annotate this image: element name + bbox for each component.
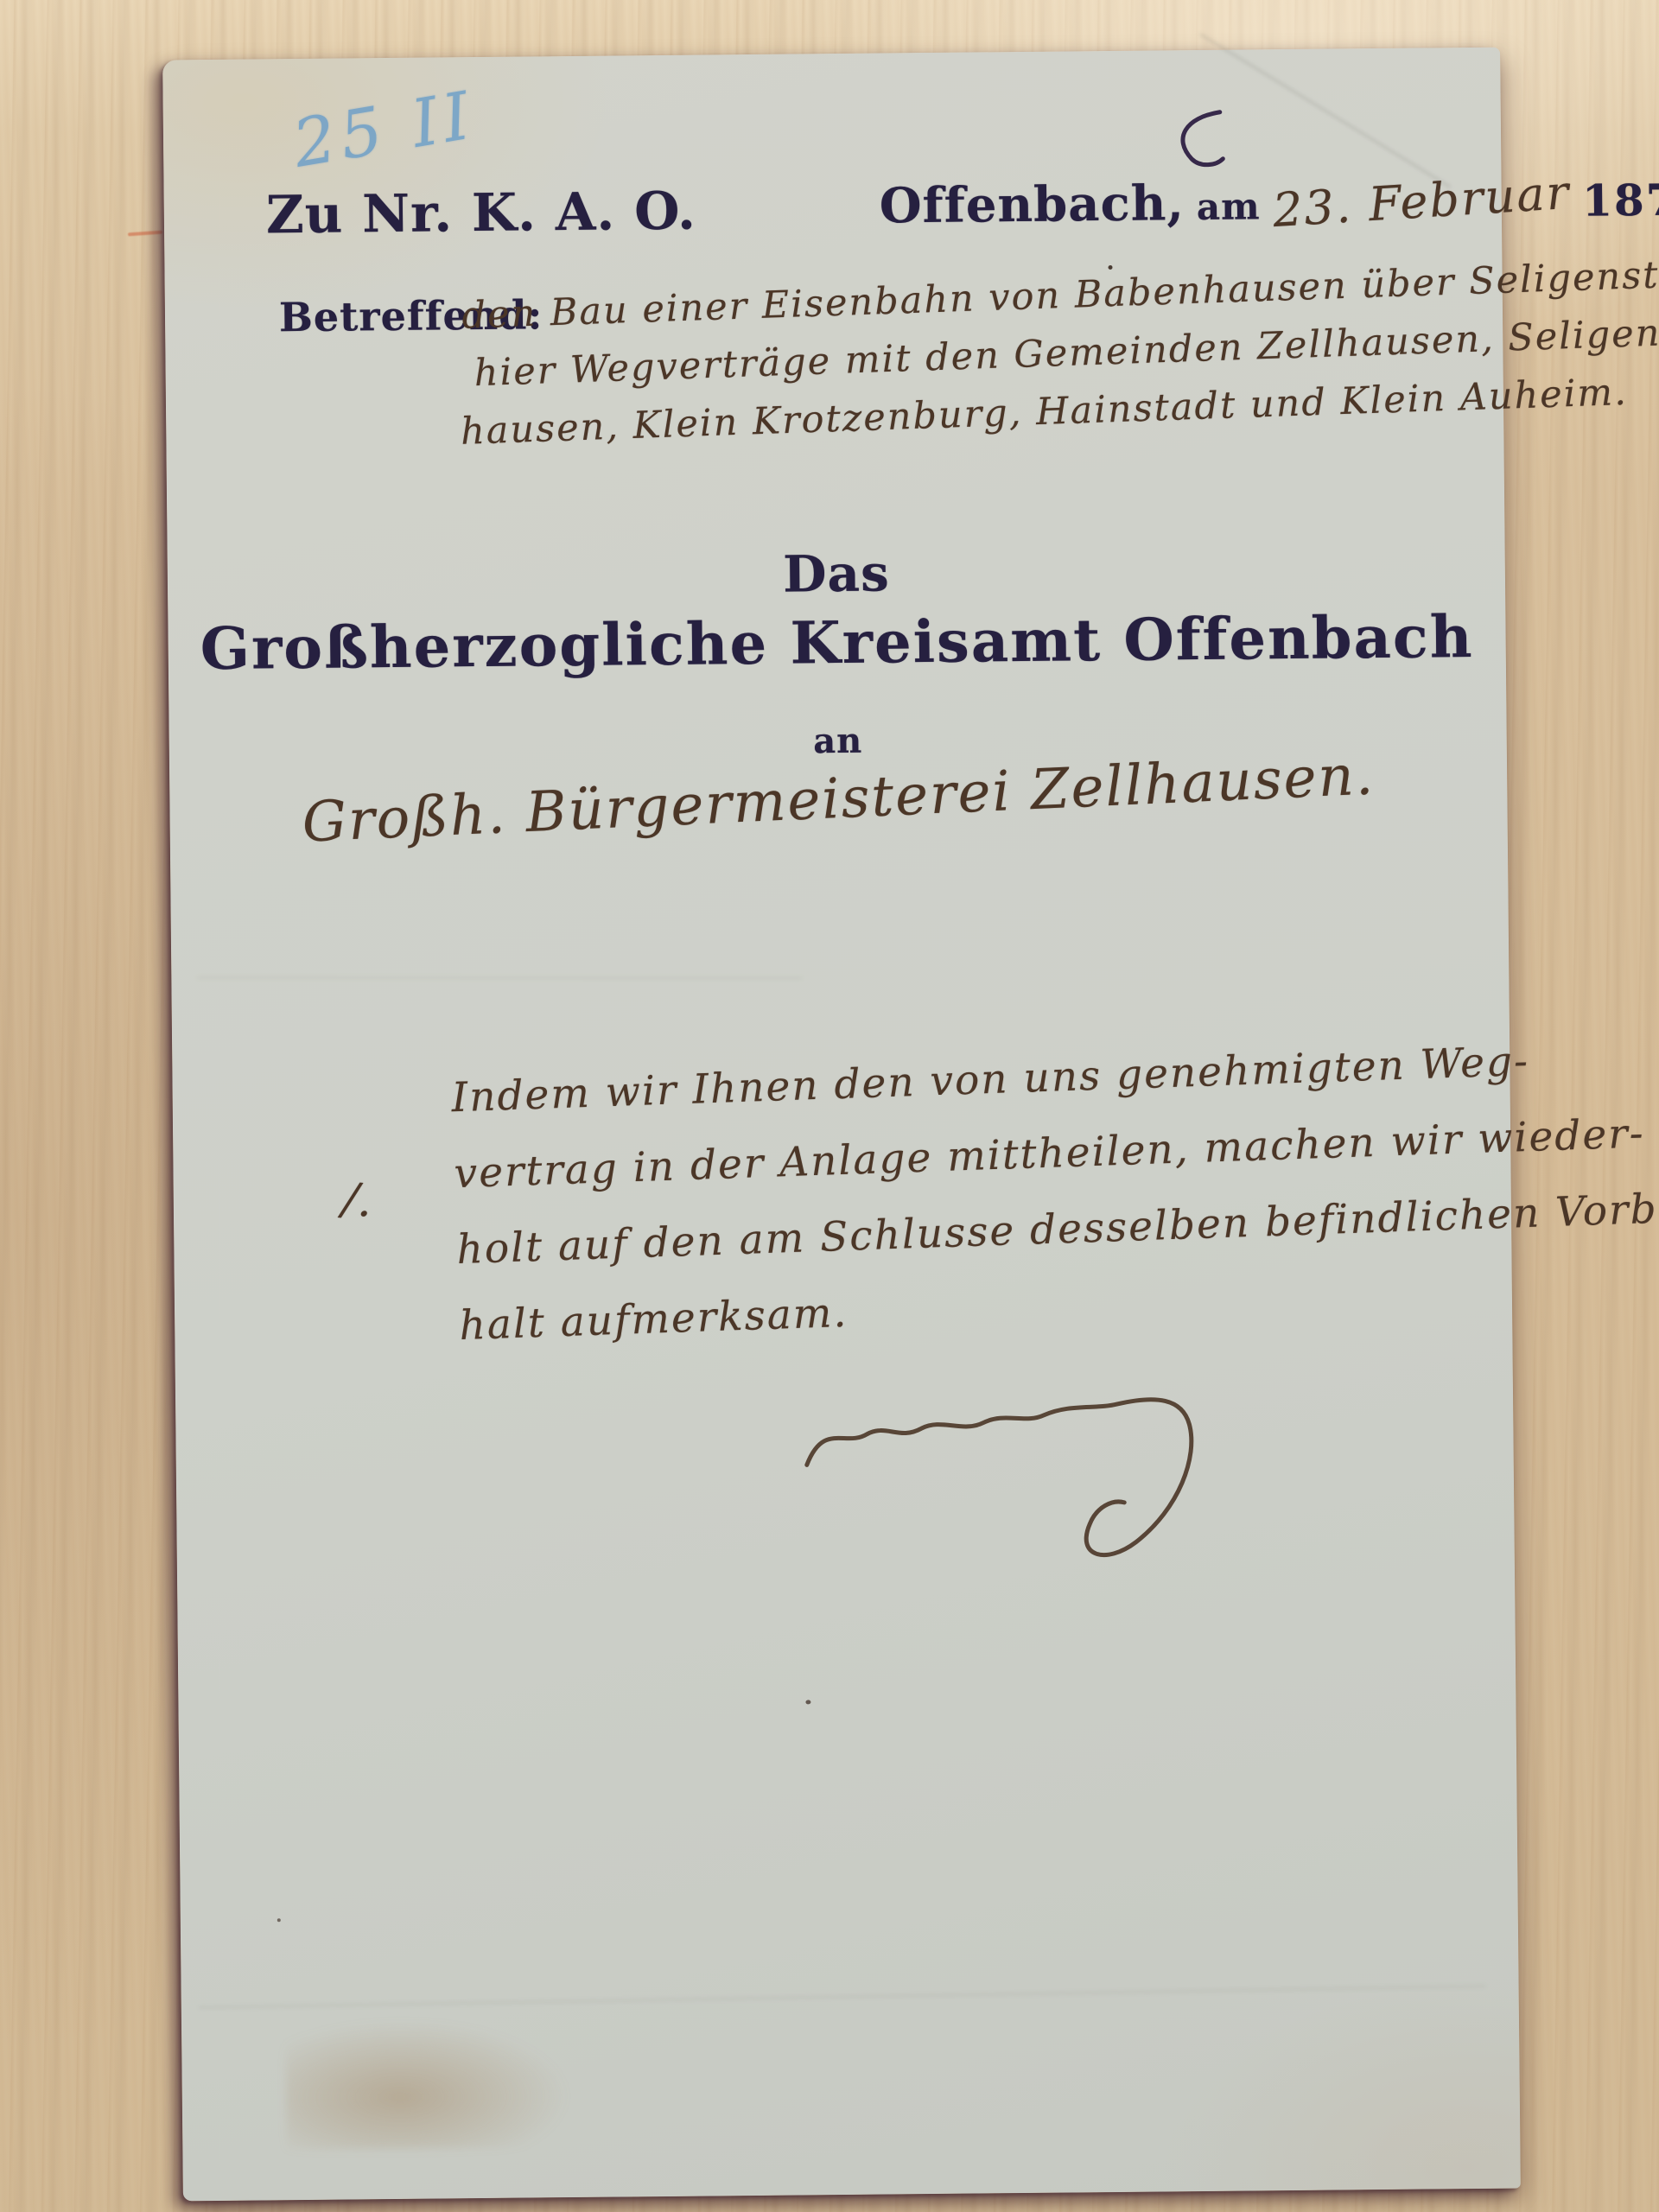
signature-flourish-icon (785, 1370, 1306, 1617)
subject-text: den Bau einer Eisenbahn von Babenhausen … (461, 252, 1494, 461)
letter-document-page: 25 II Zu Nr. K. A. O. Offenbach, am 23. … (162, 48, 1521, 2202)
paper-crease (199, 1986, 1486, 2009)
pen-flourish-stroke (1138, 108, 1260, 169)
paper-crease (197, 976, 802, 979)
paper-stain (285, 2018, 571, 2150)
reference-label: Zu Nr. K. A. O. (266, 181, 697, 246)
signature (785, 1370, 1306, 1617)
ink-speck (805, 1700, 810, 1704)
margin-annex-mark: /. (340, 1173, 375, 1228)
printed-year: 187 (1582, 175, 1659, 226)
am-label: am (1197, 185, 1261, 228)
letter-body: Indem wir Ihnen den von uns genehmigten … (450, 1025, 1514, 1364)
letterhead-das: Das (168, 538, 1506, 610)
archive-number-annotation: 25 II (288, 76, 480, 182)
ink-speck (277, 1918, 281, 1922)
date-line: Offenbach, am 23. Februar 187 6. (879, 164, 1659, 235)
handwritten-date: 23. Februar (1271, 165, 1572, 238)
place-name: Offenbach, (879, 175, 1185, 234)
letterhead-authority: Großherzogliche Kreisamt Offenbach (168, 602, 1506, 683)
